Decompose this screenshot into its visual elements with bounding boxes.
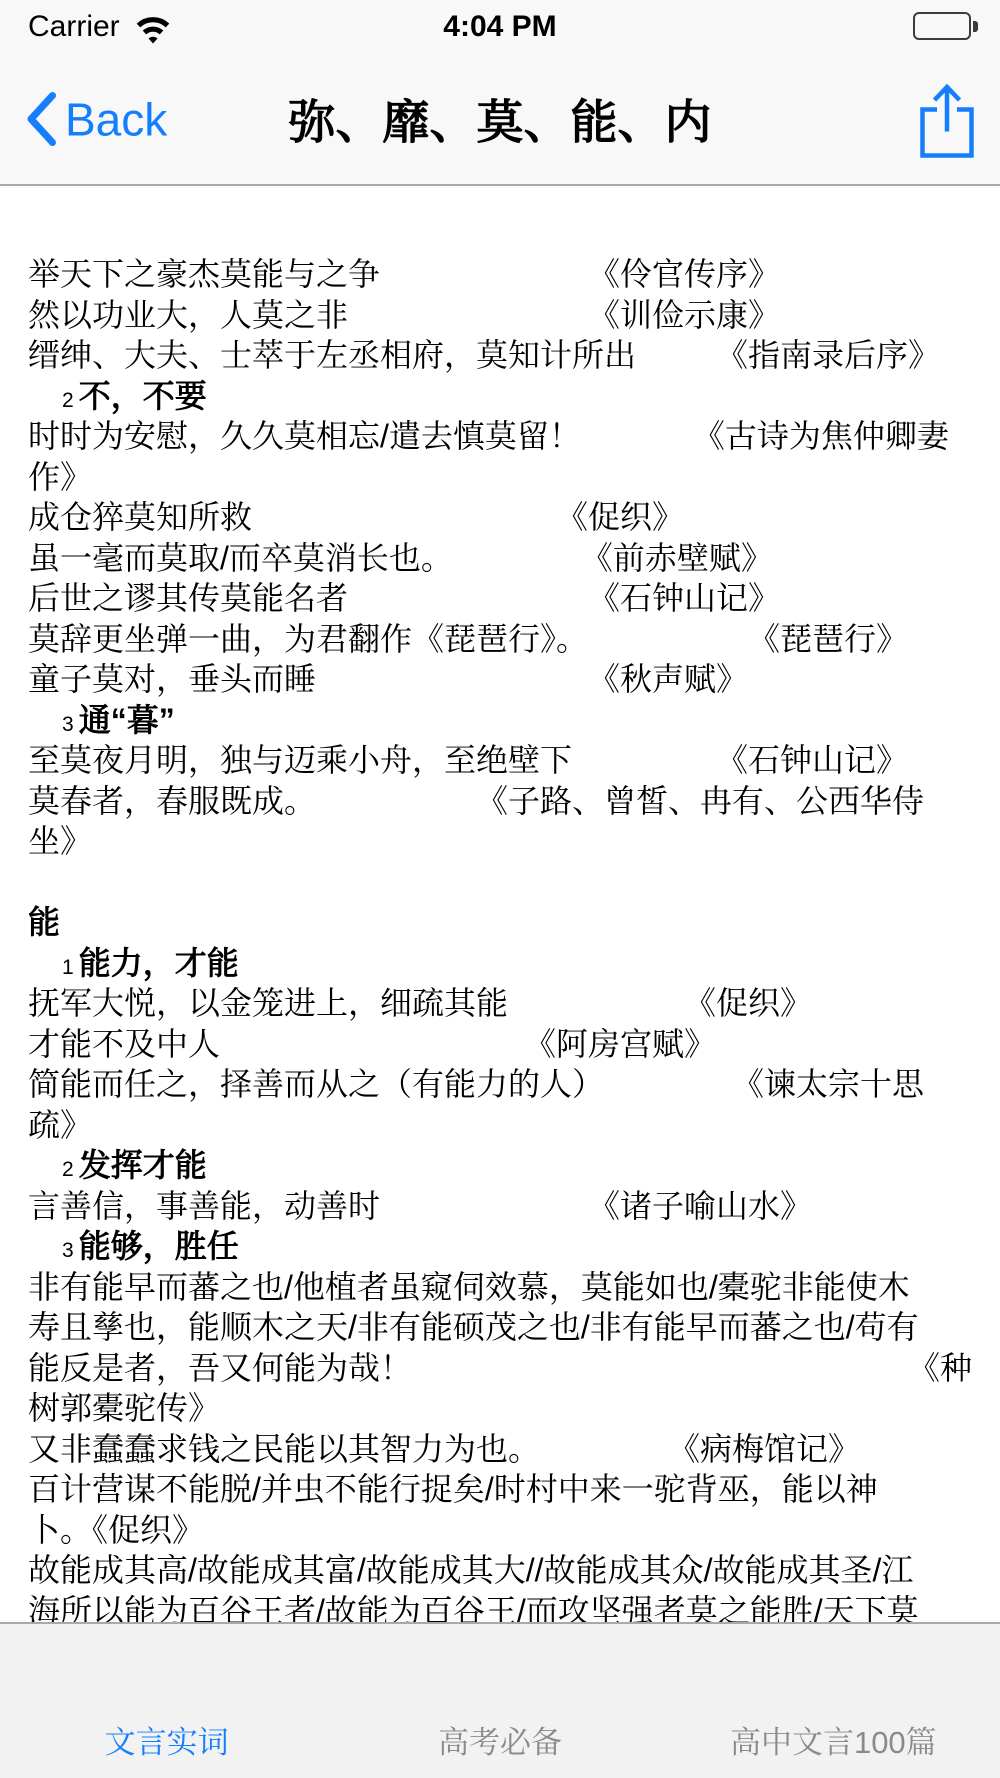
text-line: 树郭橐驼传》	[28, 1388, 972, 1429]
text-line: 卜。《促织》	[28, 1510, 972, 1551]
definition-heading: 2发挥才能	[28, 1145, 972, 1186]
definition-label: 发挥才能	[79, 1147, 207, 1183]
text-line: 缙绅、大夫、士萃于左丞相府，莫知计所出 《指南录后序》	[28, 335, 972, 376]
text-line: 莫辞更坐弹一曲，为君翻作《琵琶行》。 《琵琶行》	[28, 619, 972, 660]
text-line: 坐》	[28, 821, 972, 862]
text-line: 才能不及中人 《阿房宫赋》	[28, 1024, 972, 1065]
page-title: 弥、靡、莫、能、内	[120, 86, 880, 153]
text-line: 又非蠢蠢求钱之民能以其智力为也。 《病梅馆记》	[28, 1429, 972, 1470]
text-line: 成仓猝莫知所救 《促织》	[28, 497, 972, 538]
text-line: 言善信，事善能，动善时 《诸子喻山水》	[28, 1186, 972, 1227]
text-line: 抚军大悦，以金笼进上，细疏其能 《促织》	[28, 983, 972, 1024]
share-button[interactable]	[918, 83, 976, 159]
tab-bar: 文言实词高考必备高中文言100篇	[0, 1622, 1000, 1778]
tab-gaokao-bibei[interactable]: 高考必备	[333, 1624, 666, 1778]
definition-number: 3	[62, 713, 74, 736]
definition-label: 能够，胜任	[79, 1228, 239, 1264]
definition-number: 1	[62, 956, 74, 979]
tab-wenyan-shici[interactable]: 文言实词	[0, 1624, 333, 1778]
definition-number: 3	[62, 1239, 74, 1262]
tab-gaozhong-wenyan-100pian[interactable]: 高中文言100篇	[667, 1624, 1000, 1778]
text-line: 然以功业大，人莫之非 《训俭示康》	[28, 295, 972, 336]
text-line: 百计营谋不能脱/并虫不能行捉矣/时村中来一驼背巫，能以神	[28, 1469, 972, 1510]
text-line: 至莫夜月明，独与迈乘小舟，至绝壁下 《石钟山记》	[28, 740, 972, 781]
definition-heading: 2不，不要	[28, 376, 972, 417]
definition-label: 能力，才能	[79, 945, 239, 981]
definition-number: 2	[62, 389, 74, 412]
text-line: 能反是者，吾又何能为哉！ 《种	[28, 1348, 972, 1389]
battery-icon	[913, 12, 978, 40]
text-line: 寿且孳也，能顺木之天/非有能硕茂之也/非有能早而蕃之也/苟有	[28, 1307, 972, 1348]
text-line: 后世之谬其传莫能名者 《石钟山记》	[28, 578, 972, 619]
clock-label: 4:04 PM	[0, 10, 1000, 44]
tab-label: 高考必备	[438, 1717, 562, 1762]
content-lines: 举天下之豪杰莫能与之争 《伶官传序》然以功业大，人莫之非 《训俭示康》缙绅、大夫…	[28, 254, 972, 1622]
tab-label: 文言实词	[105, 1717, 229, 1762]
blank-line	[28, 862, 972, 903]
text-line: 作》	[28, 457, 972, 498]
text-line: 虽一毫而莫取/而卒莫消长也。 《前赤壁赋》	[28, 538, 972, 579]
tab-label: 高中文言100篇	[730, 1717, 937, 1762]
word-heading: 能	[28, 902, 972, 943]
text-line: 疏》	[28, 1105, 972, 1146]
definition-heading: 3通“暮”	[28, 700, 972, 741]
text-line: 非有能早而蕃之也/他植者虽窥伺效慕，莫能如也/橐驼非能使木	[28, 1267, 972, 1308]
content-scroll-view[interactable]: 举天下之豪杰莫能与之争 《伶官传序》然以功业大，人莫之非 《训俭示康》缙绅、大夫…	[0, 188, 1000, 1622]
chevron-left-icon	[24, 92, 57, 147]
share-icon	[918, 83, 976, 159]
definition-label: 不，不要	[79, 378, 207, 414]
text-line: 时时为安慰，久久莫相忘/遣去慎莫留！ 《古诗为焦仲卿妻	[28, 416, 972, 457]
definition-label: 通“暮”	[79, 702, 175, 738]
text-line: 莫春者，春服既成。 《子路、曾皙、冉有、公西华侍	[28, 781, 972, 822]
text-line: 故能成其高/故能成其富/故能成其大//故能成其众/故能成其圣/江	[28, 1550, 972, 1591]
text-line: 童子莫对，垂头而睡 《秋声赋》	[28, 659, 972, 700]
text-line: 简能而任之，择善而从之（有能力的人） 《谏太宗十思	[28, 1064, 972, 1105]
text-line: 举天下之豪杰莫能与之争 《伶官传序》	[28, 254, 972, 295]
status-bar: Carrier 4:04 PM	[0, 0, 1000, 54]
definition-heading: 3能够，胜任	[28, 1226, 972, 1267]
navigation-bar: Back 弥、靡、莫、能、内	[0, 54, 1000, 186]
text-line: 海所以能为百谷王者/故能为百谷王/而攻坚强者莫之能胜/天下莫	[28, 1591, 972, 1623]
definition-heading: 1能力，才能	[28, 943, 972, 984]
definition-number: 2	[62, 1158, 74, 1181]
